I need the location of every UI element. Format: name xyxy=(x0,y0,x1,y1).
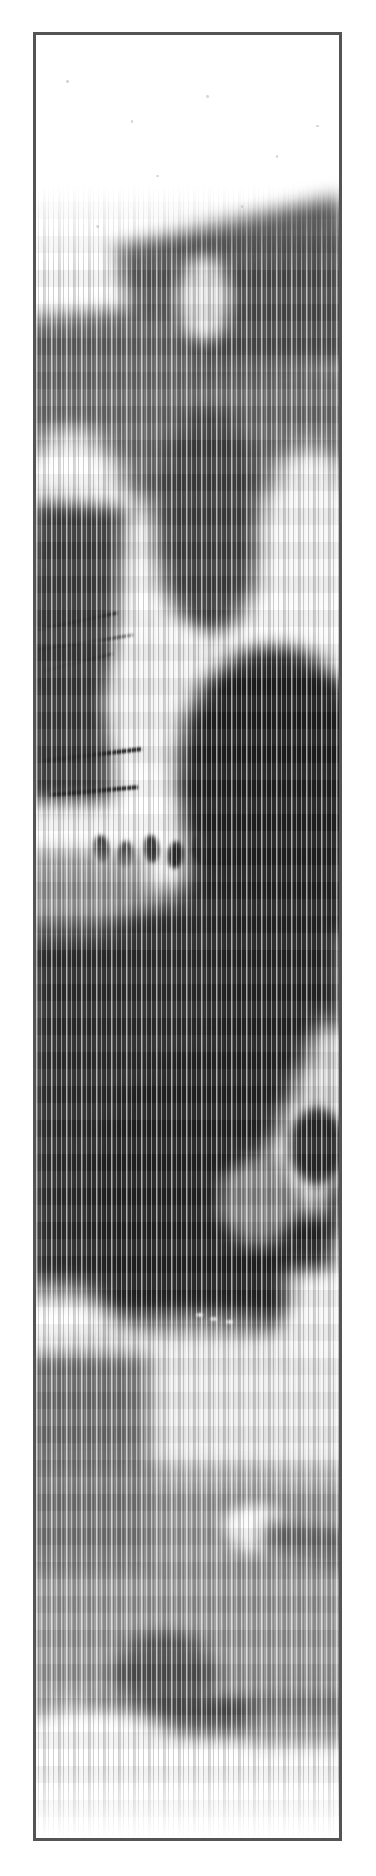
paper-speckle xyxy=(276,155,278,158)
paper-speckle xyxy=(131,120,133,123)
paper-speckle xyxy=(241,205,243,208)
page: { "artwork": { "alt": "Tall narrow monoc… xyxy=(0,0,376,1876)
paper-speckle xyxy=(156,175,159,177)
white-notch xyxy=(178,257,230,342)
white-field-right xyxy=(264,445,342,615)
paper-speckle xyxy=(206,95,209,98)
ground-dark-left-2 xyxy=(33,1473,149,1568)
paper-speckle xyxy=(66,80,69,83)
paper-speckle xyxy=(96,225,99,228)
artwork-image xyxy=(36,35,339,1838)
claw-knob xyxy=(167,840,184,869)
artwork-frame xyxy=(33,32,342,1841)
dark-knob xyxy=(290,1107,342,1185)
paper-speckle xyxy=(316,125,319,127)
dark-wedge-center xyxy=(154,410,264,635)
dark-patch-left-2 xyxy=(33,653,112,803)
mottled-circle xyxy=(219,1157,297,1245)
white-speck xyxy=(196,1313,203,1317)
